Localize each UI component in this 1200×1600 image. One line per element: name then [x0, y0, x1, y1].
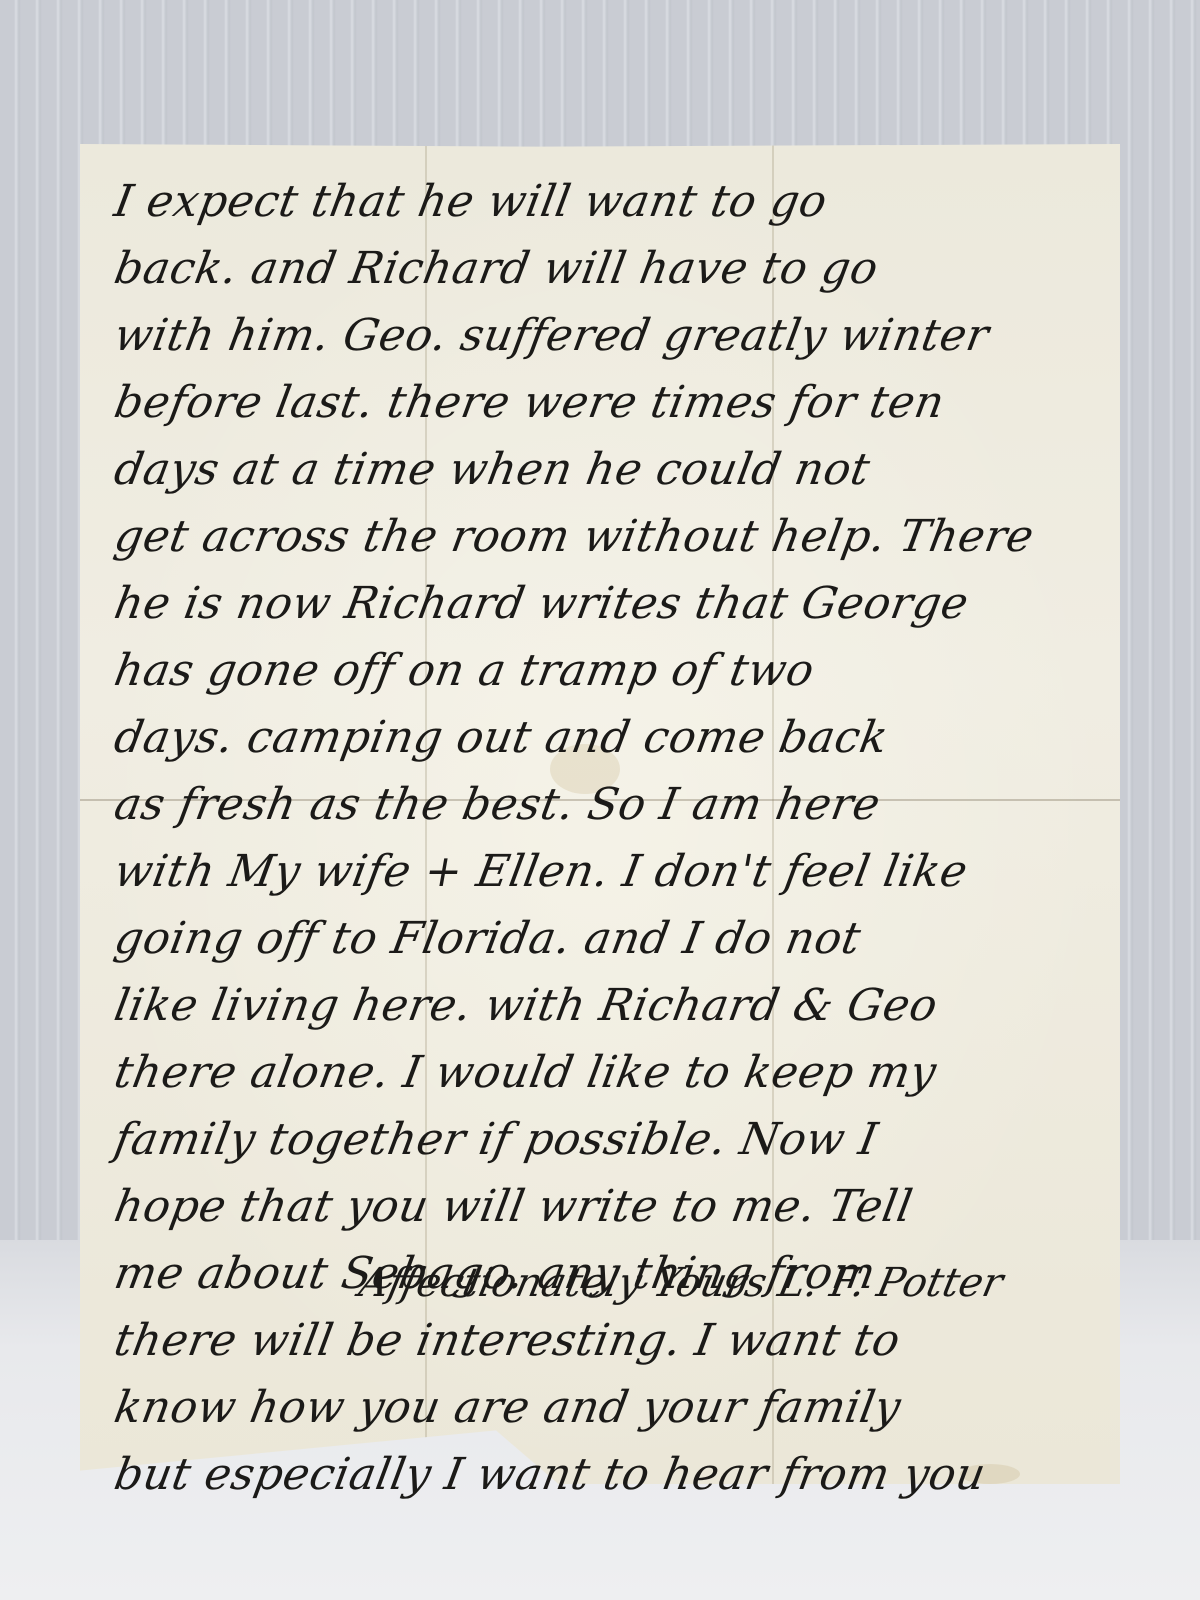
letter-line: days. camping out and come back — [109, 704, 1051, 771]
letter-line: as fresh as the best. So I am here — [109, 771, 1051, 838]
letter-line: hope that you will write to me. Tell — [109, 1173, 1051, 1240]
letter-line: family together if possible. Now I — [109, 1106, 1051, 1173]
letter-line: I expect that he will want to go — [109, 168, 1051, 235]
letter-line: but especially I want to hear from you — [109, 1441, 1051, 1508]
letter-line: before last. there were times for ten — [109, 369, 1051, 436]
letter-line: he is now Richard writes that George — [109, 570, 1051, 637]
letter-line: days at a time when he could not — [109, 436, 1051, 503]
letter-line: with him. Geo. suffered greatly winter — [109, 302, 1051, 369]
letter-body: I expect that he will want to go back. a… — [115, 168, 1045, 1508]
letter-line: get across the room without help. There — [109, 503, 1051, 570]
letter-line: like living here. with Richard & Geo — [109, 972, 1051, 1039]
letter-signature: Affectionately Yours L. F. Potter — [355, 1260, 1005, 1306]
letter-line: back. and Richard will have to go — [109, 235, 1051, 302]
letter-line: know how you are and your family — [109, 1374, 1051, 1441]
letter-line: going off to Florida. and I do not — [109, 905, 1051, 972]
letter-line: with My wife + Ellen. I don't feel like — [109, 838, 1051, 905]
letter-line: there will be interesting. I want to — [109, 1307, 1051, 1374]
letter-line: there alone. I would like to keep my — [109, 1039, 1051, 1106]
letter-line: has gone off on a tramp of two — [109, 637, 1051, 704]
